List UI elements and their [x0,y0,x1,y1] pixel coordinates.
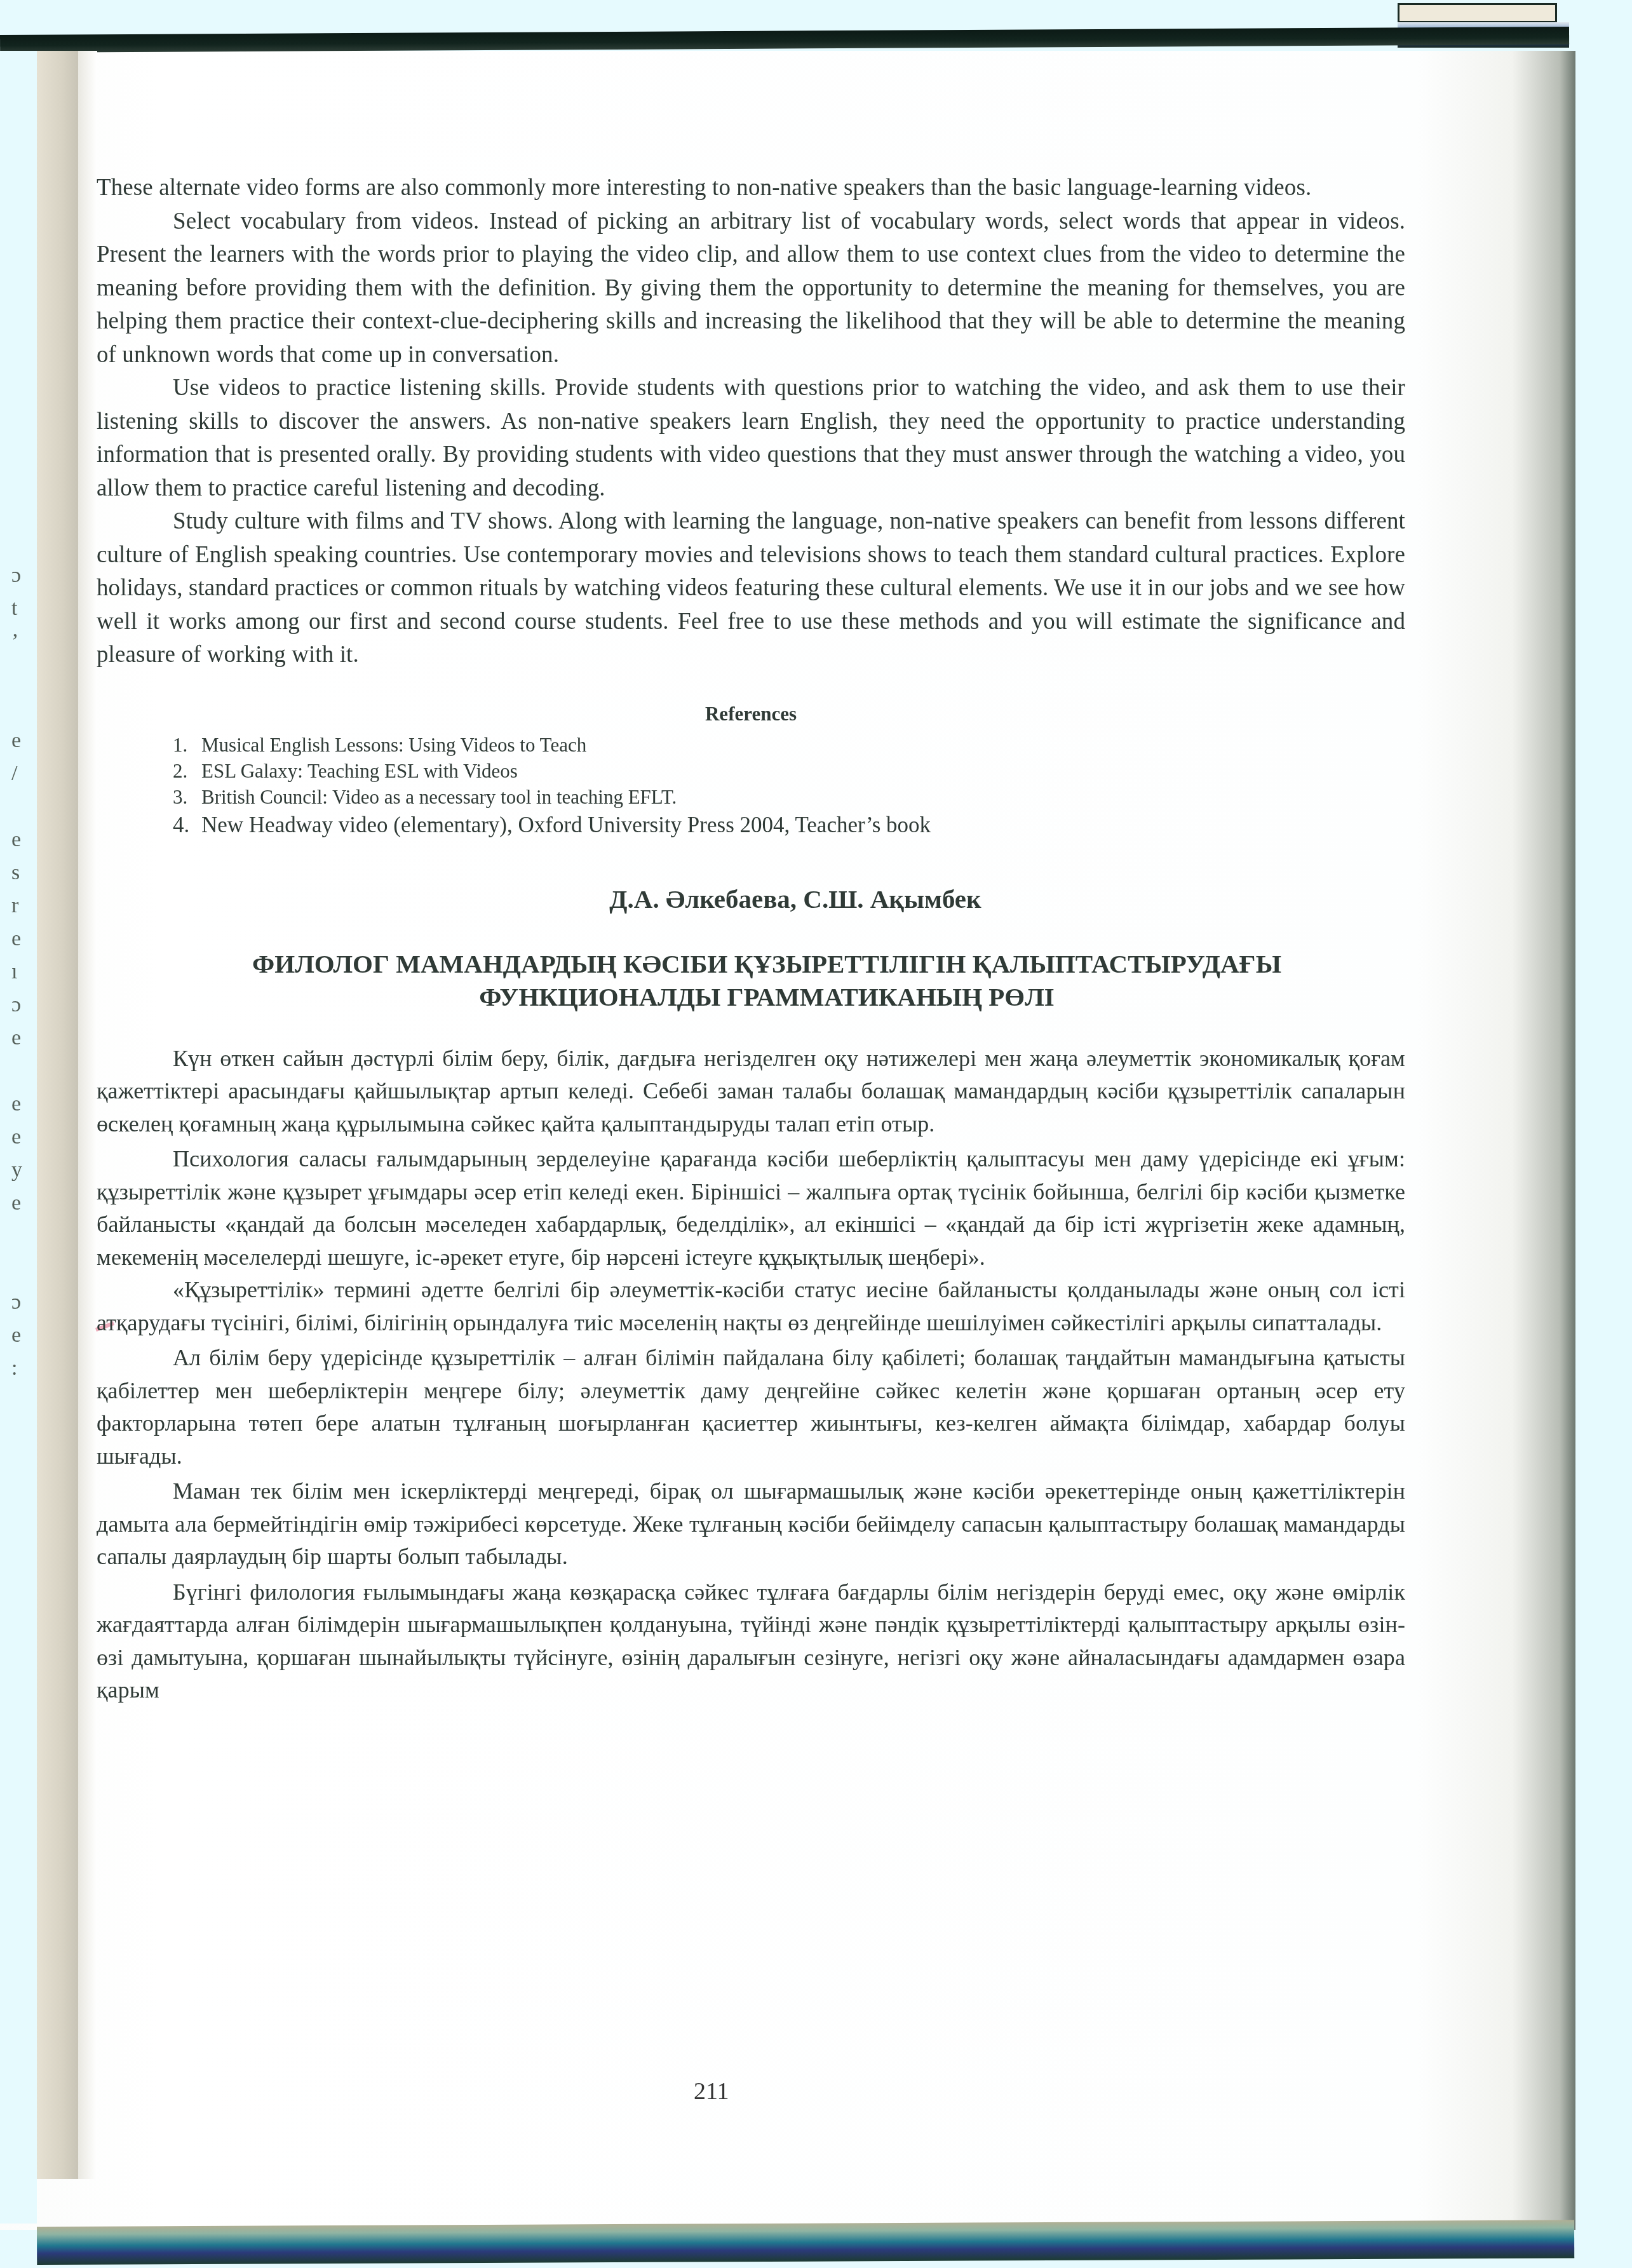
references-section: References 1. Musical English Lessons: U… [97,703,1405,840]
reference-item: 4. New Headway video (elementary), Oxfor… [173,810,1405,840]
paragraph: «Құзыреттілік» термині әдетте белгілі бі… [97,1274,1405,1339]
reference-text: Musical English Lessons: Using Videos to… [201,732,586,758]
margin-letter [11,790,37,823]
paragraph: Study culture with films and TV shows. A… [97,505,1405,672]
margin-letter: ’ [11,625,37,658]
margin-letter: : [11,1352,37,1385]
page-number: 211 [694,2077,729,2105]
scan-top-shadow [0,27,1569,53]
margin-letter: e [11,1319,37,1352]
margin-letter: ɔ [11,989,37,1022]
margin-letter [11,1220,37,1253]
paragraph: Use videos to practice listening skills.… [97,372,1405,505]
reference-number: 2. [173,758,201,784]
margin-letter [11,1055,37,1088]
article-title-line-1: ФИЛОЛОГ МАМАНДАРДЫҢ КӘСІБИ ҚҰЗЫРЕТТІЛІГІ… [128,947,1405,980]
margin-letter [11,658,37,691]
article-title: ФИЛОЛОГ МАМАНДАРДЫҢ КӘСІБИ ҚҰЗЫРЕТТІЛІГІ… [97,947,1405,1013]
margin-letter: e [11,1088,37,1121]
paragraph: Психология саласы ғалымдарының зерделеуі… [97,1143,1405,1274]
margin-letter: e [11,1187,37,1220]
margin-letter: t [11,592,37,625]
reference-text: New Headway video (elementary), Oxford U… [201,810,931,840]
margin-letter: e [11,1022,37,1055]
paragraph: Ал білім беру үдерісінде құзыреттілік – … [97,1342,1405,1473]
reference-number: 1. [173,732,201,758]
reference-text: British Council: Video as a necessary to… [201,784,677,810]
margin-letter: e [11,922,37,955]
page-content: These alternate video forms are also com… [97,172,1405,1707]
facing-page-margin-letters: ɔ t ’ e / e s r e ı ɔ e e e y e ɔ e : [11,559,37,1385]
margin-letter: e [11,724,37,757]
reference-text: ESL Galaxy: Teaching ESL with Videos [201,758,518,784]
margin-letter: y [11,1154,37,1187]
margin-letter: e [11,1121,37,1154]
margin-letter: ɔ [11,559,37,592]
english-section: These alternate video forms are also com… [97,172,1405,672]
references-list: 1. Musical English Lessons: Using Videos… [97,732,1405,840]
margin-letter: r [11,889,37,922]
paragraph: Маман тек білім мен іскерліктерді меңгер… [97,1475,1405,1574]
paragraph: Select vocabulary from videos. Instead o… [97,205,1405,372]
margin-letter: s [11,856,37,889]
paragraph: Бүгінгі филология ғылымындағы жаңа көзқа… [97,1576,1405,1707]
scan-book-edge-top [1398,3,1557,23]
reference-item: 3. British Council: Video as a necessary… [173,784,1405,810]
article-title-line-2: ФУНКЦИОНАЛДЫ ГРАММАТИКАНЫҢ РӨЛІ [128,980,1405,1013]
paragraph: Күн өткен сайын дәстүрлі білім беру, біл… [97,1043,1405,1141]
margin-letter [11,1253,37,1286]
reference-item: 1. Musical English Lessons: Using Videos… [173,732,1405,758]
reference-number: 3. [173,784,201,810]
reference-number: 4. [173,810,201,840]
references-heading: References [97,703,1405,726]
reference-item: 2. ESL Galaxy: Teaching ESL with Videos [173,758,1405,784]
kazakh-article: Д.А. Әлкебаева, С.Ш. Ақымбек ФИЛОЛОГ МАМ… [97,884,1405,1707]
margin-letter [11,691,37,724]
gutter-shadow [78,51,97,2179]
margin-letter: / [11,757,37,790]
margin-letter: ɔ [11,1286,37,1319]
margin-letter: ı [11,955,37,989]
paragraph: These alternate video forms are also com… [97,172,1405,205]
margin-letter: e [11,823,37,856]
book-gutter [37,51,78,2179]
scan-bottom-shadow [37,2220,1574,2265]
article-authors: Д.А. Әлкебаева, С.Ш. Ақымбек [97,884,1405,914]
